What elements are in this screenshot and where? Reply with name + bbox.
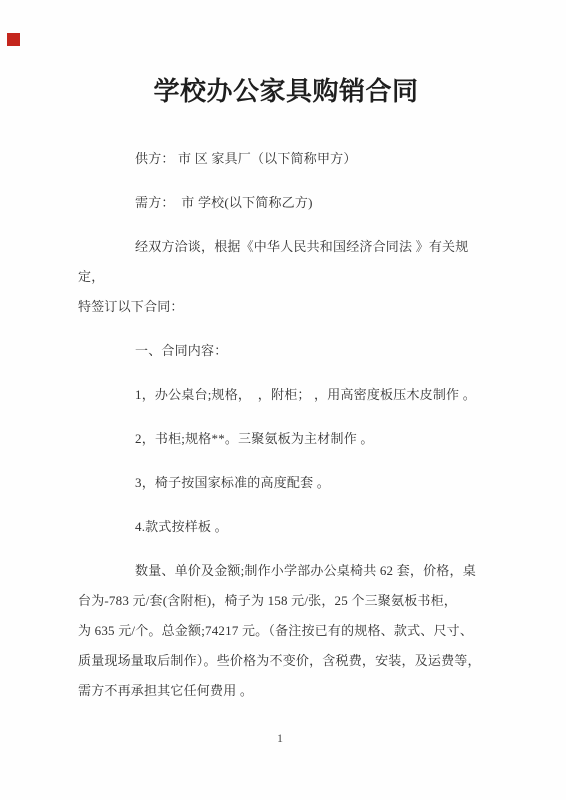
clause-item-3: 3，椅子按国家标准的高度配套 。 bbox=[78, 468, 494, 498]
document-body: 学校办公家具购销合同 供方： 市 区 家具厂（以下简称甲方） 需方： 市 学校(… bbox=[0, 0, 566, 706]
party-supplier-line: 供方： 市 区 家具厂（以下简称甲方） bbox=[78, 144, 494, 174]
clause-item-4: 4.款式按样板 。 bbox=[78, 512, 494, 542]
section-heading-contract-content: 一、合同内容： bbox=[78, 336, 494, 366]
page-number: 1 bbox=[0, 730, 560, 746]
document-title: 学校办公家具购销合同 bbox=[78, 74, 494, 108]
document-page: 学校办公家具购销合同 供方： 市 区 家具厂（以下简称甲方） 需方： 市 学校(… bbox=[0, 0, 566, 800]
red-logo-mark-icon bbox=[7, 33, 20, 46]
preamble-paragraph: 经双方洽谈，根据《中华人民共和国经济合同法 》有关规定， 特签订以下合同： bbox=[78, 232, 494, 322]
clause-item-2: 2，书柜;规格**。三聚氨板为主材制作 。 bbox=[78, 424, 494, 454]
clause-item-1: 1，办公桌台;规格， ，附柜； ，用高密度板压木皮制作 。 bbox=[78, 380, 494, 410]
quantity-price-paragraph: 数量、单价及金额;制作小学部办公桌椅共 62 套，价格，桌 台为-783 元/套… bbox=[78, 556, 494, 706]
party-buyer-line: 需方： 市 学校(以下简称乙方) bbox=[78, 188, 494, 218]
